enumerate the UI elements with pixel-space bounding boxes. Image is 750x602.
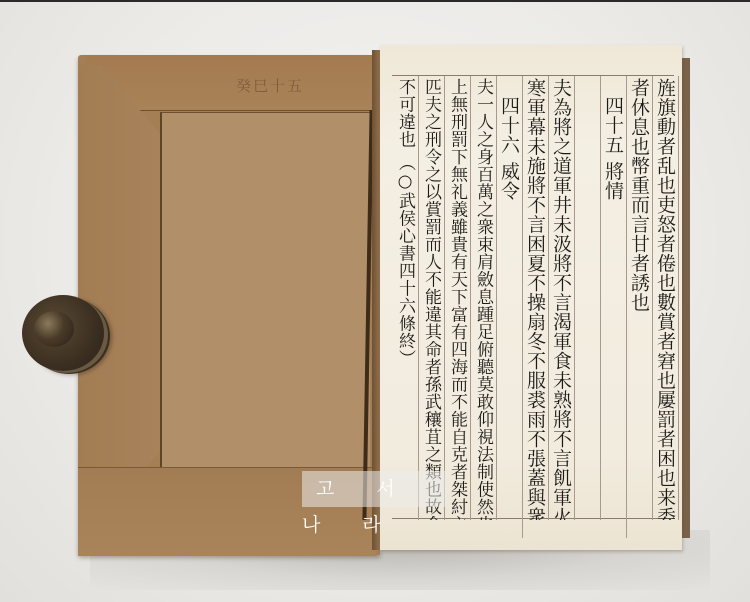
text-column-10: 匹夫之刑令之以賞罰而人不能違其命者孫武穰苴之類也故令不輕勢 xyxy=(418,76,445,520)
text-column-5: 夫為將之道軍井未汲將不言渴軍食未熟將不言飢軍火未燃將不言 xyxy=(548,76,575,520)
watermark: 고 서 나 라 xyxy=(302,471,447,507)
text-column-6: 寒軍幕未施將不言困夏不操扇冬不服裘雨不張蓋與衆同也 xyxy=(522,76,549,520)
section-heading-45: 四十五 將情 xyxy=(600,76,627,538)
section-heading-46: 四十六 威令 xyxy=(496,76,523,538)
text-column-1: 旌旗動者乱也吏怒者倦也數賞者窘也屢罰者困也来委謝 xyxy=(652,76,679,520)
text-column-11: 不可違也 （○武侯心書四十六條終） xyxy=(392,76,419,520)
text-column-8: 夫一人之身百萬之衆束肩斂息踵足俯聽莫敢仰視法制使然也若乃 xyxy=(470,76,497,520)
top-border-line xyxy=(0,0,750,2)
text-column-9: 上無刑罰下無礼義雖貴有天下富有四海而不能自克者桀紂之類也夫以 xyxy=(444,76,471,520)
text-column-2: 者休息也幣重而言甘者誘也 xyxy=(626,76,653,520)
weight-knob xyxy=(34,311,74,347)
text-column-empty xyxy=(574,76,601,520)
cover-inner-panel xyxy=(160,112,370,468)
brass-weight-icon xyxy=(22,295,106,371)
text-frame: 不可違也 （○武侯心書四十六條終） 匹夫之刑令之以賞罰而人不能違其命者孫武穰苴之… xyxy=(392,75,674,519)
cover-stamp-text: 癸巳十五 xyxy=(236,75,304,96)
